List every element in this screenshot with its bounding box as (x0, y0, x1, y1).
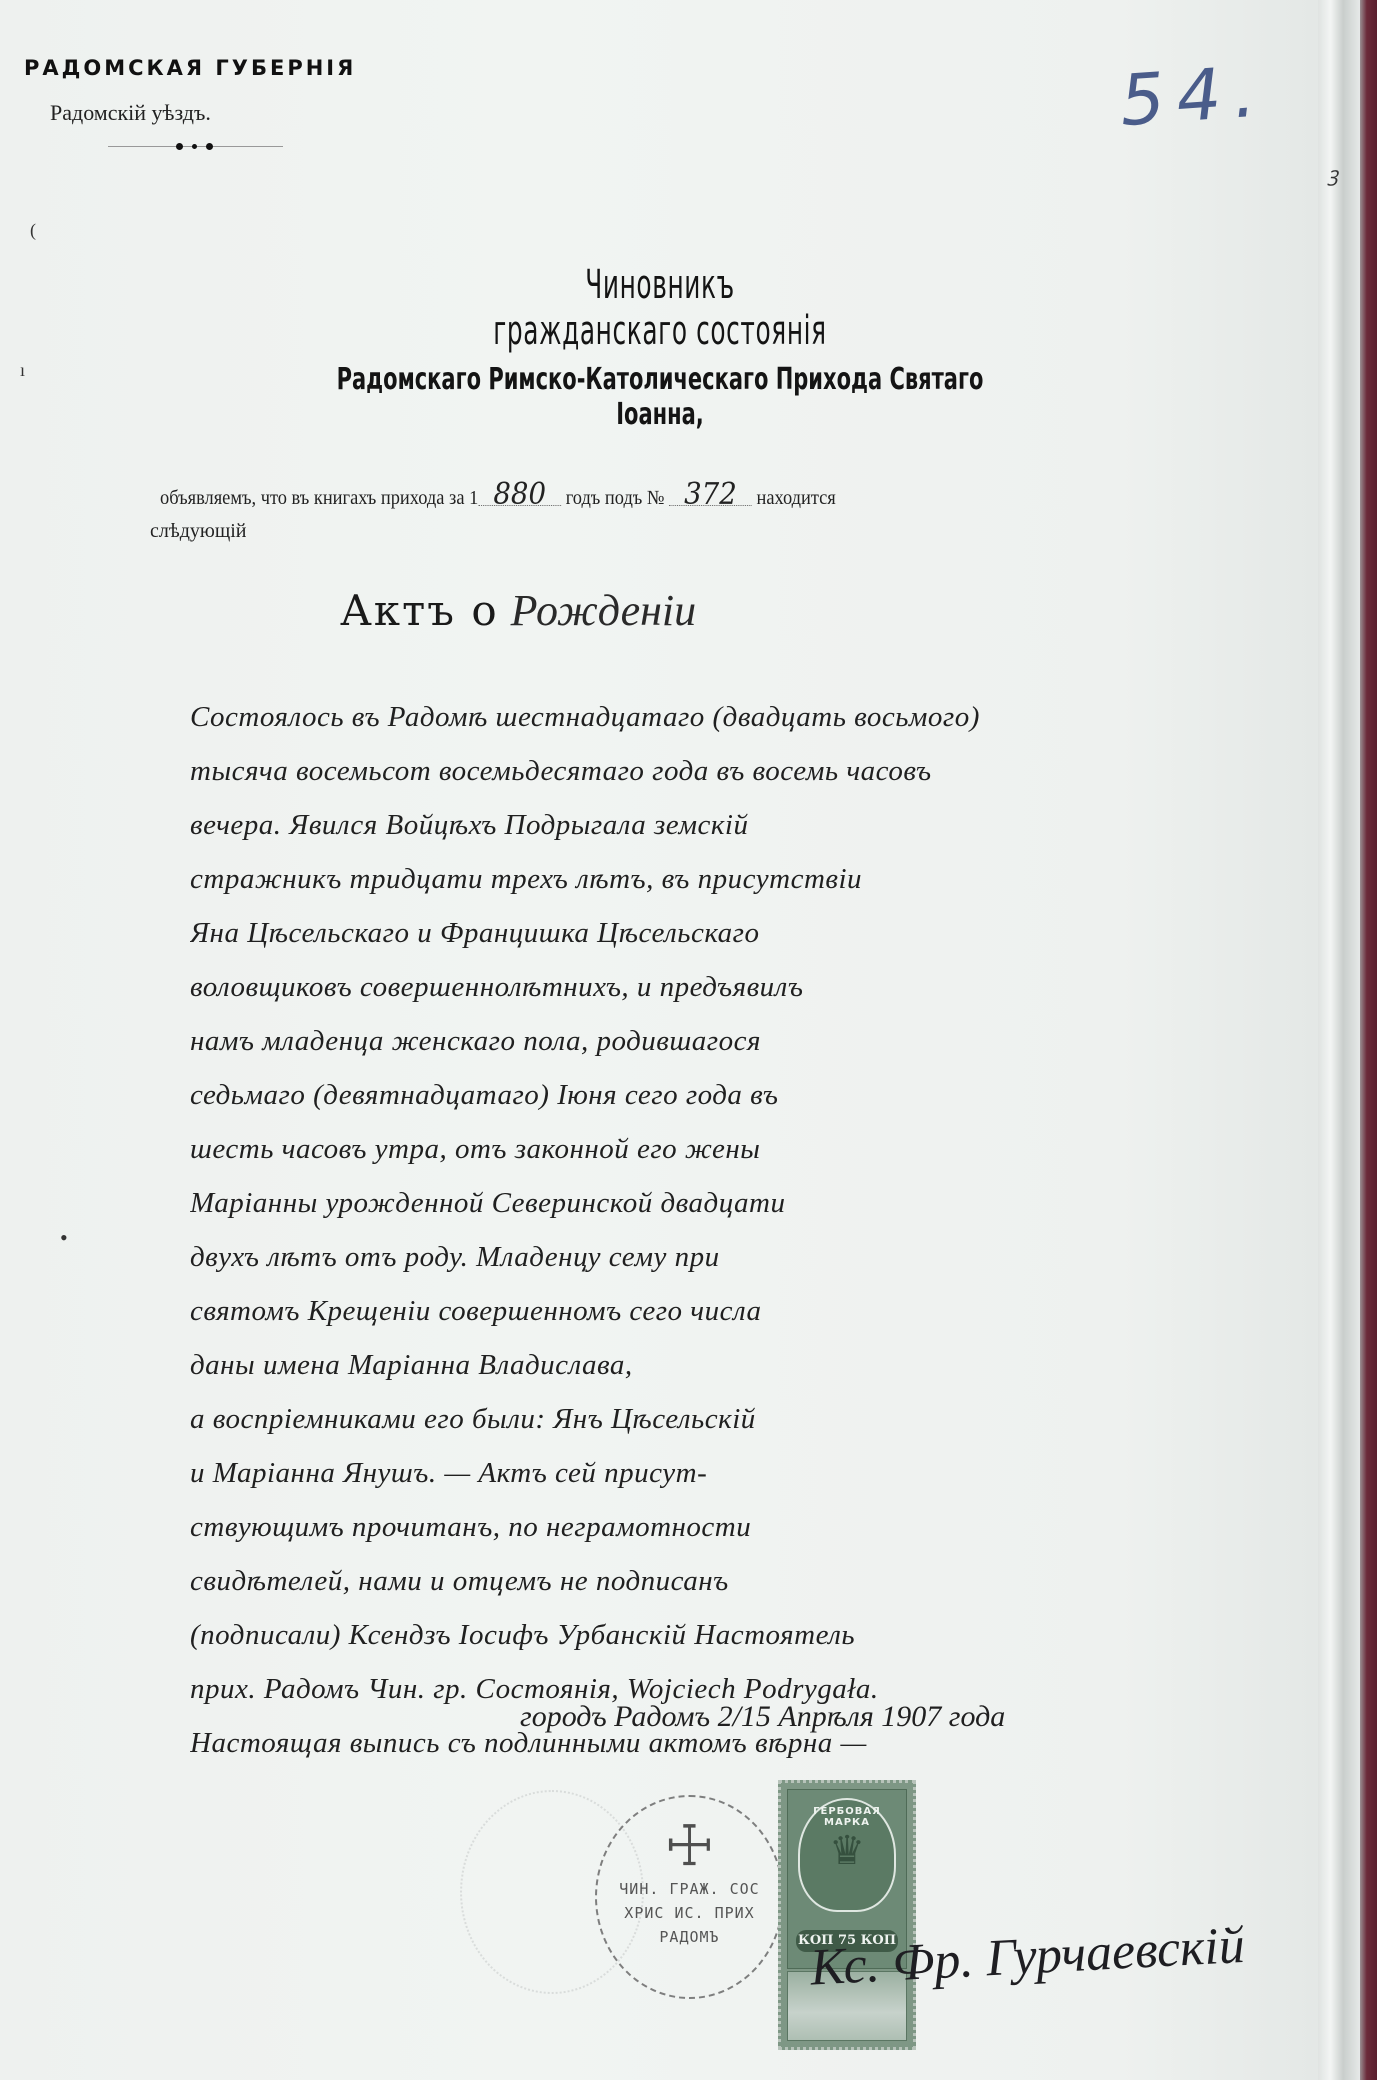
book-binding (1360, 0, 1377, 2080)
body-line: даны имена Маріанна Владислава, (190, 1338, 1310, 1392)
body-line: и Маріанна Янушъ. — Актъ сей присут- (190, 1446, 1310, 1500)
body-line: намъ младенца женскаго пола, родившагося (190, 1014, 1310, 1068)
body-line: вечера. Явился Войцѣхъ Подрыгала земскій (190, 798, 1310, 852)
body-line: Состоялось въ Радомѣ шестнадцатаго (двад… (190, 690, 1310, 744)
seal-text: РАДОМЪ (597, 1925, 782, 1949)
body-line: Маріанны урожденной Северинской двадцати (190, 1176, 1310, 1230)
body-line: Яна Цѣсельскаго и Францишка Цѣсельскаго (190, 906, 1310, 960)
crown-icon: ♛ (800, 1828, 894, 1874)
body-line: свидѣтелей, нами и отцемъ не подписанъ (190, 1554, 1310, 1608)
body-line: святомъ Крещеніи совершенномъ сего числа (190, 1284, 1310, 1338)
seal-text: ЧИН. ГРАЖ. СОС (597, 1877, 782, 1901)
official-seal: ☩ ЧИН. ГРАЖ. СОС ХРИС ИС. ПРИХ РАДОМЪ (595, 1795, 784, 1999)
body-line: воловщиковъ совершеннолѣтнихъ, и предъяв… (190, 960, 1310, 1014)
body-line: а воспріемниками его были: Янъ Цѣсельскі… (190, 1392, 1310, 1446)
revenue-stamp: ГЕРБОВАЯ МАРКА ♛ КОП 75 КОП (778, 1780, 916, 2050)
act-title: Актъ оРожденіи (340, 585, 696, 636)
body-line: (подписали) Ксендзъ Іосифъ Урбанскій Нас… (190, 1608, 1310, 1662)
body-line: тысяча восемьсот восемьдесятаго года въ … (190, 744, 1310, 798)
record-number-field: 372 (669, 485, 752, 506)
body-line: двухъ лѣтъ отъ роду. Младенцу сему при (190, 1230, 1310, 1284)
handwritten-body: Состоялось въ Радомѣ шестнадцатаго (двад… (190, 690, 1310, 1770)
body-line: стражникъ тридцати трехъ лѣтъ, въ присут… (190, 852, 1310, 906)
declaration-line: объявляемъ, что въ книгахъ прихода за 18… (160, 485, 1098, 510)
folio-number: 54. (1117, 50, 1270, 142)
declaration-middle: годъ подъ № (566, 487, 665, 509)
place-and-date: городъ Радомъ 2/15 Апрѣля 1907 года (520, 1700, 1320, 1734)
declaration-prefix: объявляемъ, что въ книгахъ прихода за 1 (160, 487, 478, 509)
margin-dot: • (60, 1225, 68, 1251)
ornament-divider (108, 142, 283, 152)
page-fold: ꝫ (1318, 0, 1360, 2080)
body-line: седьмаго (девятнадцатаго) Іюня сего года… (190, 1068, 1310, 1122)
declaration-suffix: находится (756, 487, 835, 509)
margin-mark: ı (20, 360, 25, 381)
parish-subtitle: Радомскаго Римско-Католическаго Прихода … (310, 362, 1010, 432)
district-header: Радомскій уѣздъ. (50, 100, 211, 126)
body-line: ствующимъ прочитанъ, по неграмотности (190, 1500, 1310, 1554)
body-line: шесть часовъ утра, отъ законной его жены (190, 1122, 1310, 1176)
margin-mark: ( (30, 220, 36, 241)
act-title-handwritten: Рожденіи (511, 586, 697, 635)
province-header: РАДОМСКАЯ ГУБЕРНІЯ (24, 56, 356, 80)
stamp-title: ГЕРБОВАЯ МАРКА (800, 1806, 894, 1828)
seal-text: ХРИС ИС. ПРИХ (597, 1901, 782, 1925)
fold-mark: ꝫ (1328, 160, 1338, 187)
double-headed-eagle-icon: ☩ (597, 1817, 782, 1877)
act-title-printed: Актъ о (340, 586, 499, 635)
document-page: РАДОМСКАЯ ГУБЕРНІЯ Радомскій уѣздъ. 54. … (0, 0, 1318, 2080)
declaration-second-line: слѣдующій (150, 520, 247, 543)
document-title: Чиновникъ гражданскаго состоянія (486, 262, 833, 354)
year-field: 880 (478, 485, 561, 506)
